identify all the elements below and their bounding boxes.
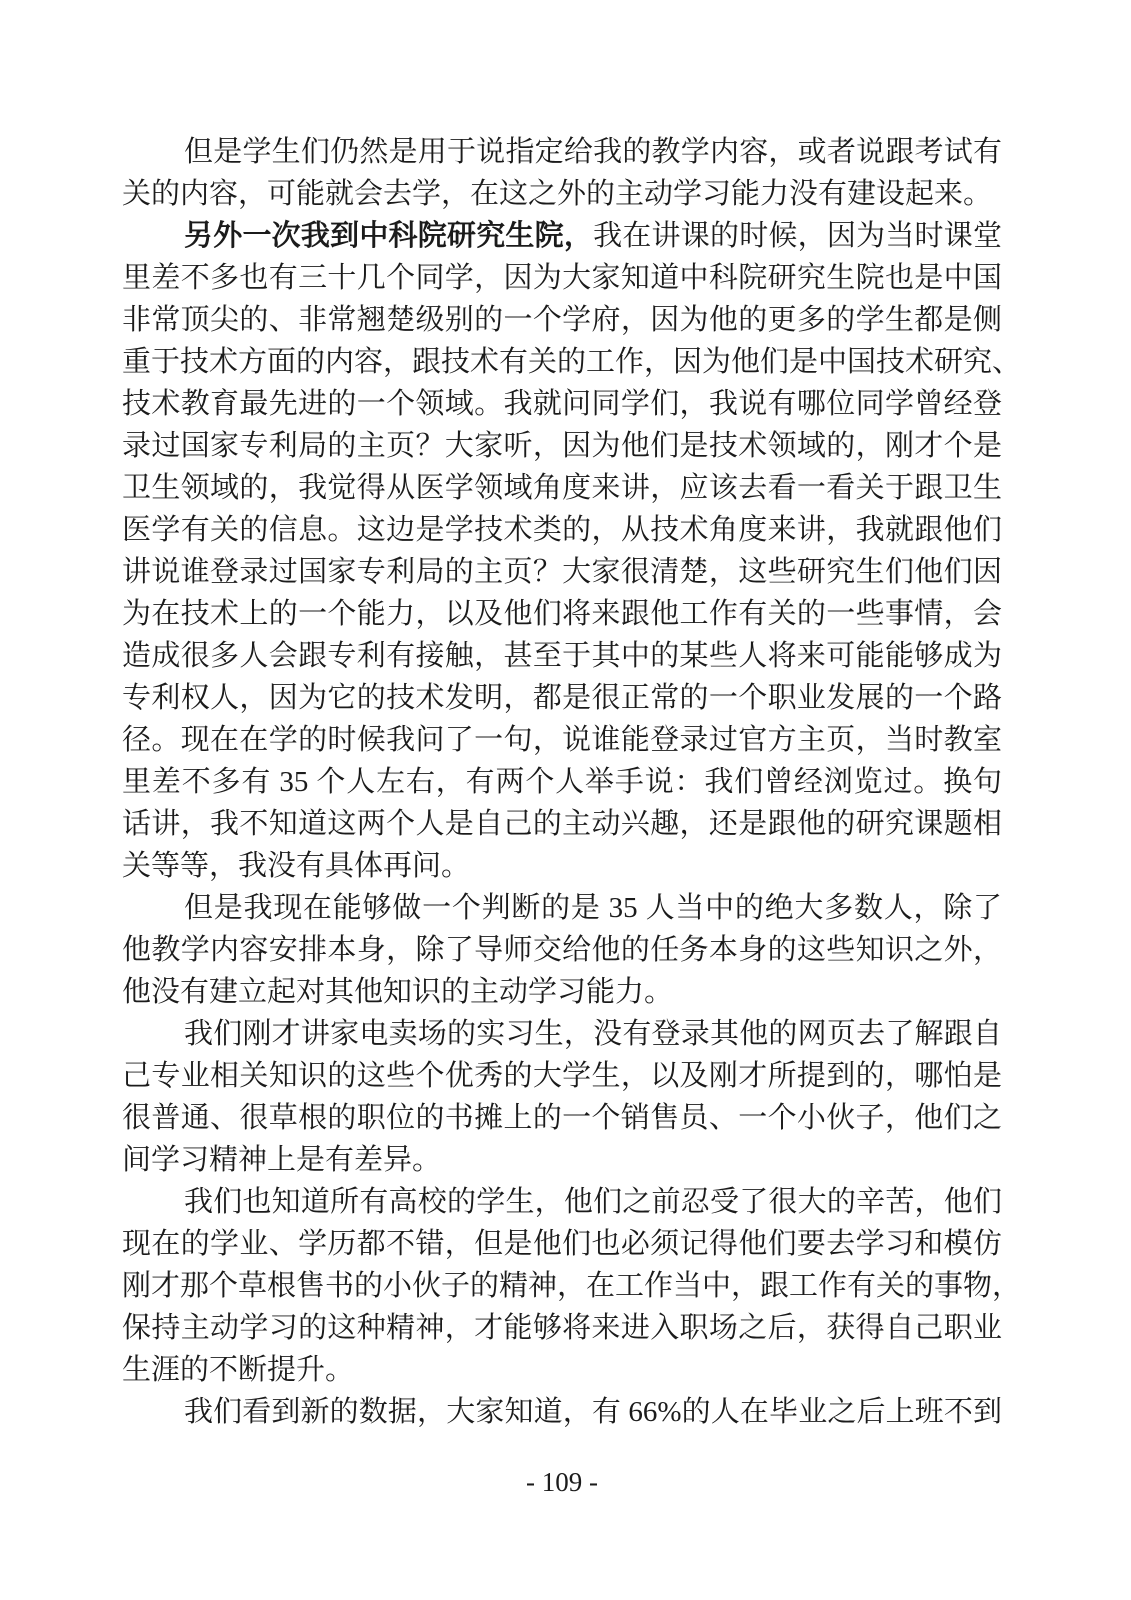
- text-line: 里差不多也有三十几个同学，因为大家知道中科院研究生院也是中国: [122, 257, 1002, 299]
- text-line: 关等等，我没有具体再问。: [122, 845, 1002, 887]
- text-line: 造成很多人会跟专利有接触，甚至于其中的某些人将来可能能够成为: [122, 635, 1002, 677]
- text-line: 话讲，我不知道这两个人是自己的主动兴趣，还是跟他的研究课题相: [122, 803, 1002, 845]
- text-line: 医学有关的信息。这边是学技术类的，从技术角度来讲，我就跟他们: [122, 509, 1002, 551]
- text-line: 非常顶尖的、非常翘楚级别的一个学府，因为他的更多的学生都是侧: [122, 299, 1002, 341]
- text-line: 专利权人，因为它的技术发明，都是很正常的一个职业发展的一个路: [122, 677, 1002, 719]
- text-line: 卫生领域的，我觉得从医学领域角度来讲，应该去看一看关于跟卫生: [122, 467, 1002, 509]
- bold-lead-text: 另外一次我到中科院研究生院，: [184, 220, 593, 252]
- text-line: 刚才那个草根售书的小伙子的精神，在工作当中，跟工作有关的事物，: [122, 1265, 1002, 1307]
- text-line: 现在的学业、学历都不错，但是他们也必须记得他们要去学习和模仿: [122, 1223, 1002, 1265]
- text-line: 生涯的不断提升。: [122, 1349, 1002, 1391]
- text-line: 我们也知道所有高校的学生，他们之前忍受了很大的辛苦，他们: [122, 1181, 1002, 1223]
- text-line: 我们刚才讲家电卖场的实习生，没有登录其他的网页去了解跟自: [122, 1013, 1002, 1055]
- text-line: 另外一次我到中科院研究生院，我在讲课的时候，因为当时课堂: [122, 215, 1002, 257]
- document-page: 但是学生们仍然是用于说指定给我的教学内容，或者说跟考试有 关的内容，可能就会去学…: [0, 0, 1131, 1600]
- text-line: 关的内容，可能就会去学，在这之外的主动学习能力没有建设起来。: [122, 173, 1002, 215]
- text-line: 讲说谁登录过国家专利局的主页？大家很清楚，这些研究生们他们因: [122, 551, 1002, 593]
- text-block: 但是学生们仍然是用于说指定给我的教学内容，或者说跟考试有 关的内容，可能就会去学…: [122, 131, 1002, 1433]
- text-line: 录过国家专利局的主页？大家听，因为他们是技术领域的，刚才个是: [122, 425, 1002, 467]
- text-line: 他教学内容安排本身，除了导师交给他的任务本身的这些知识之外，: [122, 929, 1002, 971]
- text-line: 间学习精神上是有差异。: [122, 1139, 1002, 1181]
- text-line: 技术教育最先进的一个领域。我就问同学们，我说有哪位同学曾经登: [122, 383, 1002, 425]
- text-line: 很普通、很草根的职位的书摊上的一个销售员、一个小伙子，他们之: [122, 1097, 1002, 1139]
- text-line: 但是我现在能够做一个判断的是 35 人当中的绝大多数人，除了: [122, 887, 1002, 929]
- text-line: 他没有建立起对其他知识的主动学习能力。: [122, 971, 1002, 1013]
- text-line: 径。现在在学的时候我问了一句，说谁能登录过官方主页，当时教室: [122, 719, 1002, 761]
- text-line-rest: 我在讲课的时候，因为当时课堂: [593, 220, 1002, 252]
- page-number: - 109 -: [122, 1466, 1002, 1498]
- text-line: 己专业相关知识的这些个优秀的大学生，以及刚才所提到的，哪怕是: [122, 1055, 1002, 1097]
- text-line: 我们看到新的数据，大家知道，有 66%的人在毕业之后上班不到: [122, 1391, 1002, 1433]
- text-line: 为在技术上的一个能力，以及他们将来跟他工作有关的一些事情，会: [122, 593, 1002, 635]
- text-line: 保持主动学习的这种精神，才能够将来进入职场之后，获得自己职业: [122, 1307, 1002, 1349]
- text-line: 重于技术方面的内容，跟技术有关的工作，因为他们是中国技术研究、: [122, 341, 1002, 383]
- text-line: 里差不多有 35 个人左右，有两个人举手说：我们曾经浏览过。换句: [122, 761, 1002, 803]
- text-line: 但是学生们仍然是用于说指定给我的教学内容，或者说跟考试有: [122, 131, 1002, 173]
